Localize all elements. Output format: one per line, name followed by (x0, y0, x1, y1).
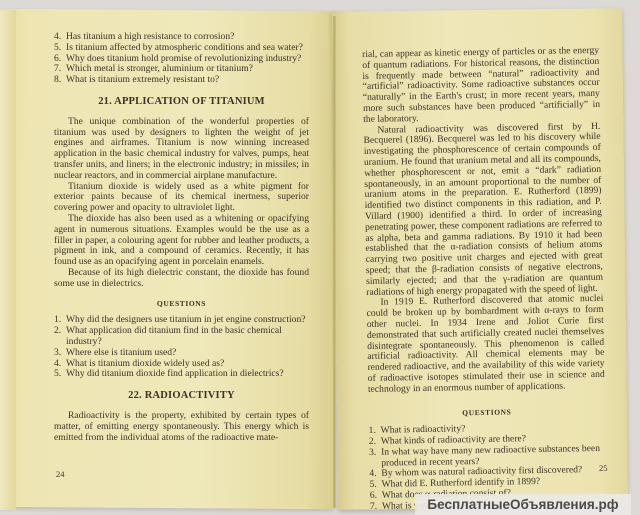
watermark-label: БесплатныеОбъявления.рф (415, 494, 631, 515)
left-page-text: 4.Has titanium a high resistance to corr… (54, 32, 309, 443)
question-item: 5.Is titanium affected by atmospheric co… (54, 43, 309, 54)
question-item: 8.What is titanium extremely resistant t… (54, 75, 309, 86)
question-item: 5.Why did titanium dioxide find applicat… (54, 369, 309, 380)
body-paragraph: The unique combination of the wonderful … (54, 117, 309, 182)
body-paragraph: rial, can appear as kinetic energy of pa… (362, 46, 600, 126)
right-page-text: rial, can appear as kinetic energy of pa… (362, 46, 607, 513)
open-book: 4.Has titanium a high resistance to corr… (0, 0, 640, 515)
book-spine (333, 16, 336, 508)
body-paragraph: Natural radioactivity was discovered fir… (363, 121, 603, 298)
questions-list: 1.Why did the designers use titanium in … (54, 315, 309, 380)
questions-heading: QUESTIONS (368, 405, 605, 420)
questions-heading: QUESTIONS (54, 299, 309, 310)
page-number: 25 (599, 463, 608, 473)
section-heading: 21. APPLICATION OF TITANIUM (54, 97, 309, 108)
body-paragraph: In 1919 E. Rutherford discovered that at… (366, 294, 605, 395)
previous-questions-list: 4.Has titanium a high resistance to corr… (54, 32, 309, 86)
question-item: 2.What application did titanium find in … (54, 326, 309, 348)
body-paragraph: Because of its high dielectric constant,… (54, 268, 309, 290)
section-heading: 22. RADIOACTIVITY (54, 391, 309, 402)
question-item: 3.Where else is titanium used? (54, 348, 309, 359)
body-paragraph: Radioactivity is the property, exhibited… (54, 411, 309, 443)
body-paragraph: The dioxide has also been used as a whit… (54, 214, 309, 268)
page-number: 24 (56, 469, 65, 479)
page-edge (0, 10, 16, 510)
body-paragraph: Titanium dioxide is widely used as a whi… (54, 182, 309, 214)
